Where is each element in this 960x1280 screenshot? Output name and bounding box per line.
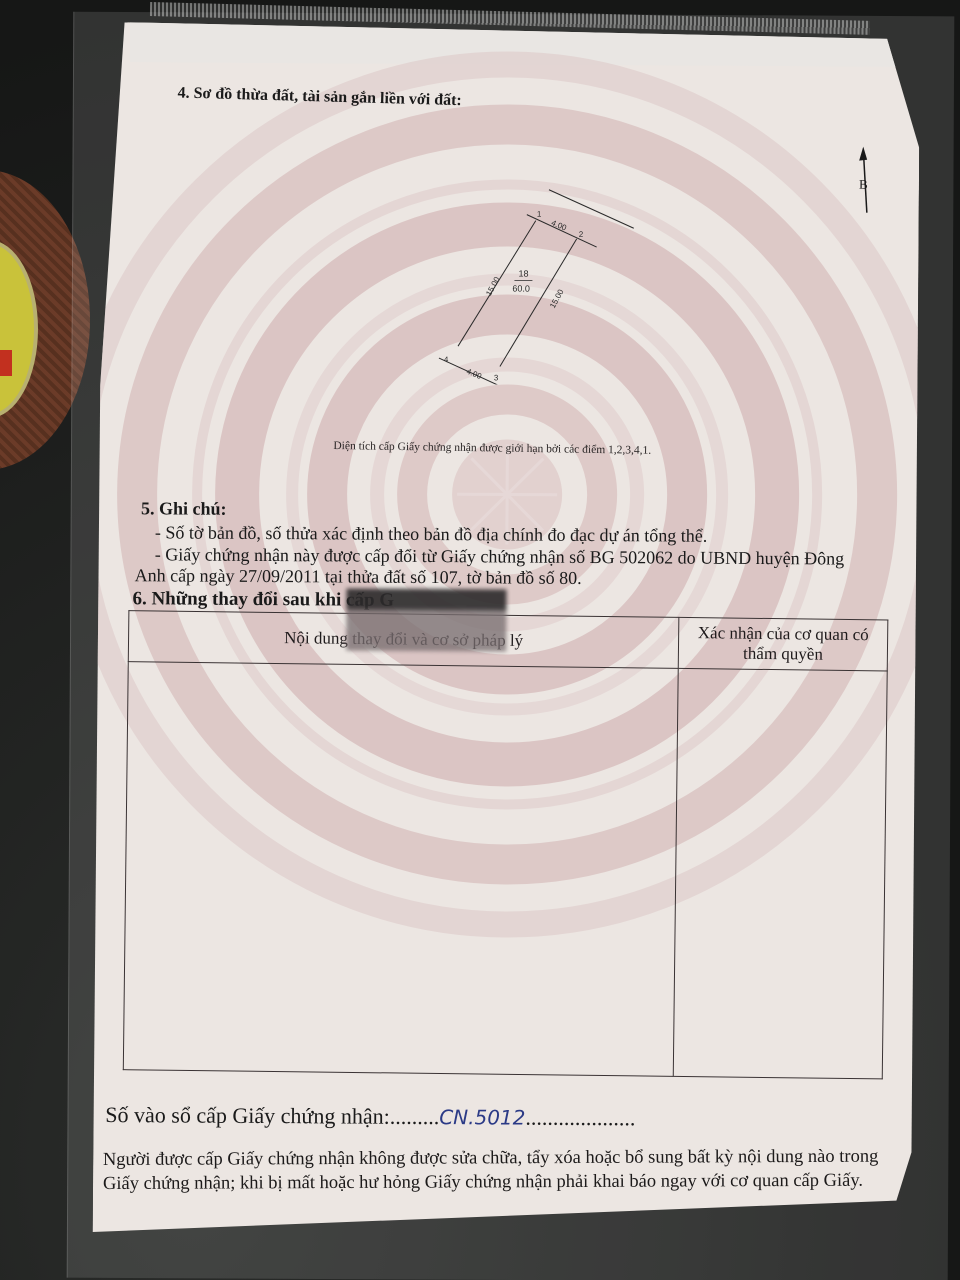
point-4-label: 4 bbox=[444, 355, 449, 364]
warning-notice: Người được cấp Giấy chứng nhận không đượ… bbox=[103, 1145, 903, 1196]
header-authority-confirmation: Xác nhận của cơ quan có thẩm quyền bbox=[678, 617, 887, 671]
north-label: B bbox=[859, 177, 868, 192]
registration-line: Số vào sổ cấp Giấy chứng nhận:.........C… bbox=[105, 1102, 635, 1131]
plot-diagram: 1 2 3 4 4.00 4.00 15.00 15.00 18 60.0 bbox=[428, 184, 649, 385]
parcel-number: 18 bbox=[518, 269, 528, 279]
edge-1-2-length: 4.00 bbox=[550, 218, 568, 232]
point-1-label: 1 bbox=[537, 210, 542, 219]
registration-label: Số vào sổ cấp Giấy chứng nhận: bbox=[105, 1102, 390, 1129]
note-line-3: Anh cấp ngày 27/09/2011 tại thửa đất số … bbox=[135, 565, 582, 589]
dots-before: ......... bbox=[390, 1104, 440, 1129]
registration-number-handwritten: CN.5012 bbox=[439, 1105, 525, 1130]
authority-confirmation-cell bbox=[673, 668, 887, 1079]
edge-4-1-length: 15.00 bbox=[484, 275, 502, 297]
north-arrow-icon: B bbox=[855, 145, 875, 215]
point-3-label: 3 bbox=[494, 373, 499, 382]
change-content-cell bbox=[123, 662, 678, 1077]
redaction-blur bbox=[346, 589, 506, 652]
point-2-label: 2 bbox=[579, 230, 584, 239]
changes-table: Nội dung thay đổi và cơ sở pháp lý Xác n… bbox=[123, 610, 889, 1079]
land-certificate-page: 4. Sơ đồ thừa đất, tài sản gắn liền với … bbox=[93, 22, 920, 1237]
edge-2-3-length: 15.00 bbox=[548, 287, 566, 309]
cutting-disc-mark bbox=[0, 350, 12, 376]
table-header-row: Nội dung thay đổi và cơ sở pháp lý Xác n… bbox=[128, 611, 888, 671]
note-line-1: - Số tờ bản đồ, số thửa xác định theo bả… bbox=[155, 522, 708, 546]
table-row-empty bbox=[123, 662, 887, 1079]
dots-after: .................... bbox=[525, 1105, 635, 1131]
edge-3-4-length: 4.00 bbox=[465, 367, 483, 381]
parcel-area: 60.0 bbox=[512, 284, 530, 294]
section-5-heading: 5. Ghi chú: bbox=[141, 498, 227, 520]
